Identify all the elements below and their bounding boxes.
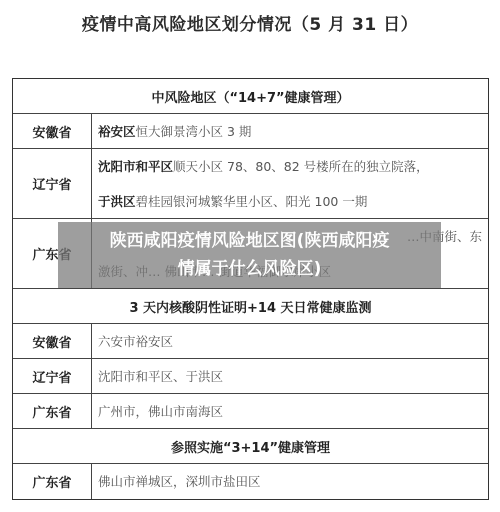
province-cell: 广东省: [13, 394, 92, 428]
section-header-reference-management: 参照实施“3+14”健康管理: [13, 429, 488, 464]
detail-cell: 广州市，佛山市南海区: [92, 394, 488, 428]
caption-line-1: 陕西咸阳疫情风险地区图(陕西咸阳疫: [104, 227, 396, 255]
detail-line: 广州市，佛山市南海区: [98, 394, 482, 429]
table-row: 辽宁省 沈阳市和平区顺天小区 78、80、82 号楼所在的独立院落， 于洪区碧桂…: [13, 149, 488, 219]
detail-cell: 裕安区恒大御景湾小区 3 期: [92, 114, 488, 148]
table-row: 安徽省 六安市裕安区: [13, 324, 488, 359]
detail-line: 佛山市禅城区，深圳市盐田区: [98, 464, 482, 499]
detail-cell: 沈阳市和平区、于洪区: [92, 359, 488, 393]
page-title: 疫情中高风险地区划分情况（5 月 31 日）: [0, 10, 500, 35]
section-header-health-monitoring: 3 天内核酸阴性证明+14 天日常健康监测: [13, 289, 488, 324]
district-name: 沈阳市和平区: [98, 159, 173, 174]
area-text: 碧桂园银河城繁华里小区、阳光 100 一期: [136, 194, 368, 209]
table-row: 安徽省 裕安区恒大御景湾小区 3 期: [13, 114, 488, 149]
table-row: 广东省 广州市，佛山市南海区: [13, 394, 488, 429]
province-cell: 辽宁省: [13, 359, 92, 393]
detail-line: 六安市裕安区: [98, 324, 482, 359]
province-cell: 广东省: [13, 464, 92, 499]
caption-line-2: 情属于什么风险区): [172, 255, 328, 283]
detail-cell: 佛山市禅城区，深圳市盐田区: [92, 464, 488, 499]
province-cell: 安徽省: [13, 114, 92, 148]
area-text: 恒大御景湾小区 3 期: [136, 124, 252, 139]
detail-cell: 沈阳市和平区顺天小区 78、80、82 号楼所在的独立院落， 于洪区碧桂园银河城…: [92, 149, 488, 218]
risk-area-table: 中风险地区（“14+7”健康管理） 安徽省 裕安区恒大御景湾小区 3 期 辽宁省…: [12, 78, 489, 500]
detail-line: 沈阳市和平区顺天小区 78、80、82 号楼所在的独立院落，: [98, 149, 482, 184]
district-name: 于洪区: [98, 194, 136, 209]
detail-line: 裕安区恒大御景湾小区 3 期: [98, 114, 482, 149]
table-row: 辽宁省 沈阳市和平区、于洪区: [13, 359, 488, 394]
detail-line: 于洪区碧桂园银河城繁华里小区、阳光 100 一期: [98, 184, 482, 219]
province-cell: 安徽省: [13, 324, 92, 358]
district-name: 裕安区: [98, 124, 136, 139]
area-text: 顺天小区 78、80、82 号楼所在的独立院落，: [173, 159, 429, 174]
detail-cell: 六安市裕安区: [92, 324, 488, 358]
detail-line: 沈阳市和平区、于洪区: [98, 359, 482, 394]
province-cell: 辽宁省: [13, 149, 92, 218]
caption-overlay: 陕西咸阳疫情风险地区图(陕西咸阳疫 情属于什么风险区): [58, 222, 441, 288]
table-row: 广东省 佛山市禅城区，深圳市盐田区: [13, 464, 488, 499]
section-header-medium-risk: 中风险地区（“14+7”健康管理）: [13, 79, 488, 114]
